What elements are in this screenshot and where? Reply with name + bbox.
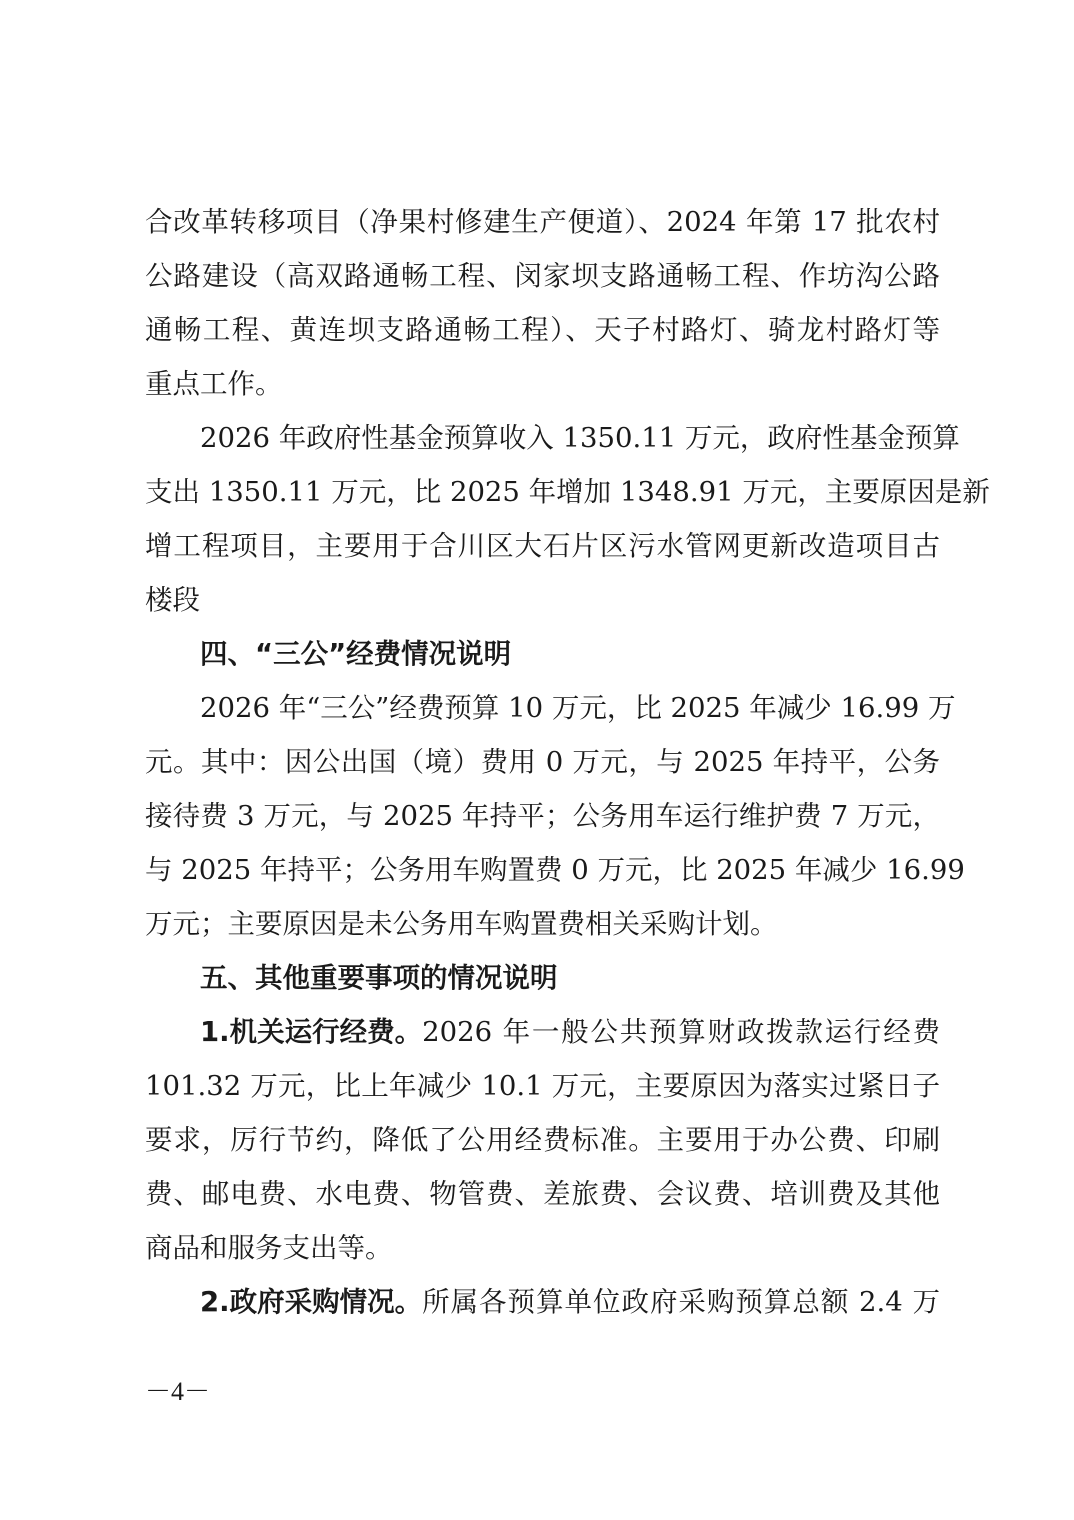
section-heading-five: 五、其他重要事项的情况说明: [200, 958, 940, 998]
document-page: 合改革转移项目（净果村修建生产便道）、2024 年第 17 批农村 公路建设（高…: [0, 0, 1074, 1520]
paragraph-text: 2026 年一般公共预算财政拨款运行经费: [422, 1012, 940, 1052]
paragraph-line: 2026 年“三公”经费预算 10 万元，比 2025 年减少 16.99 万: [200, 688, 940, 728]
paragraph-line: 万元；主要原因是未公务用车购置费相关采购计划。: [145, 904, 940, 944]
paragraph-line: 公路建设（高双路通畅工程、闵家坝支路通畅工程、作坊沟公路: [145, 256, 940, 296]
paragraph-line: 增工程项目，主要用于合川区大石片区污水管网更新改造项目古: [145, 526, 940, 566]
paragraph-line: 重点工作。: [145, 364, 940, 404]
bold-lead-text: 1.机关运行经费。: [200, 1012, 422, 1052]
paragraph-line: 元。其中：因公出国（境）费用 0 万元，与 2025 年持平，公务: [145, 742, 940, 782]
paragraph-line: 商品和服务支出等。: [145, 1228, 940, 1268]
section-heading-four: 四、“三公”经费情况说明: [200, 634, 940, 674]
paragraph-line: 101.32 万元，比上年减少 10.1 万元，主要原因为落实过紧日子: [145, 1066, 940, 1106]
paragraph-line-with-lead: 1.机关运行经费。 2026 年一般公共预算财政拨款运行经费: [200, 1012, 940, 1052]
bold-lead-text: 2.政府采购情况。: [200, 1282, 422, 1322]
paragraph-line: 通畅工程、黄连坝支路通畅工程）、天子村路灯、骑龙村路灯等: [145, 310, 940, 350]
paragraph-text: 所属各预算单位政府采购预算总额 2.4 万: [422, 1282, 940, 1322]
page-number: －4－: [145, 1372, 210, 1412]
paragraph-line: 要求，厉行节约，降低了公用经费标准。主要用于办公费、印刷: [145, 1120, 940, 1160]
paragraph-line: 与 2025 年持平；公务用车购置费 0 万元，比 2025 年减少 16.99: [145, 850, 940, 890]
paragraph-line-with-lead: 2.政府采购情况。 所属各预算单位政府采购预算总额 2.4 万: [200, 1282, 940, 1322]
paragraph-line: 支出 1350.11 万元，比 2025 年增加 1348.91 万元，主要原因…: [145, 472, 940, 512]
paragraph-line: 楼段: [145, 580, 940, 620]
paragraph-line: 合改革转移项目（净果村修建生产便道）、2024 年第 17 批农村: [145, 202, 940, 242]
paragraph-line: 费、邮电费、水电费、物管费、差旅费、会议费、培训费及其他: [145, 1174, 940, 1214]
paragraph-line: 接待费 3 万元，与 2025 年持平；公务用车运行维护费 7 万元，: [145, 796, 940, 836]
paragraph-line: 2026 年政府性基金预算收入 1350.11 万元，政府性基金预算: [200, 418, 940, 458]
